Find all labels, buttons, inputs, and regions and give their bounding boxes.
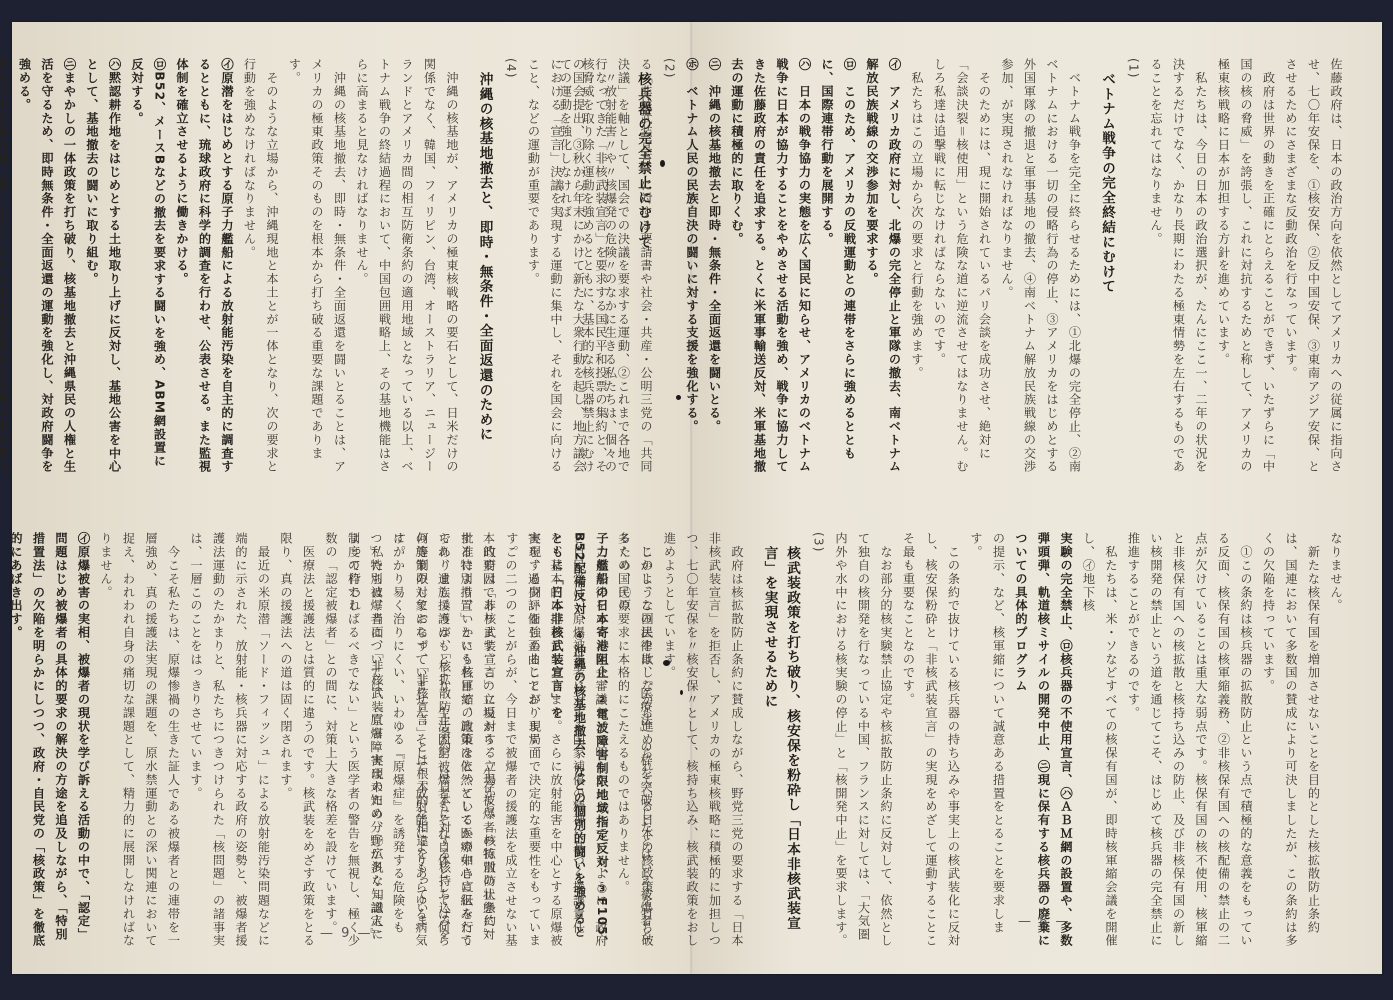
paragraph: 新たな核保有国を増加させないことを目的とした核拡散防止条約は、国連において多数国… bbox=[1257, 532, 1325, 950]
paragraph: ベトナム戦争を完全に終らせるためには、①北爆の完全停止、②南ベトナムにおける一切… bbox=[996, 58, 1086, 478]
action-item: ㋑ アメリカ政府に対し、北爆の完全停止と軍隊の撤去、南ベトナム解放民族戦線の交渉… bbox=[861, 58, 906, 478]
section-heading: 沖縄の核基地撤去と、即時・無条件・全面返還のために bbox=[473, 58, 496, 478]
action-item: ㋑原爆被害の実相、被爆者の現状を学び訴える活動の中で、「認定」問題はじめ被爆者の… bbox=[5, 532, 95, 950]
paragraph: 沖縄の核基地が、アメリカの極東核戦略の要石として、日米だけの関係でなく、韓国、フ… bbox=[351, 58, 464, 478]
action-item: ㋩ 日本の戦争協力の実態を広く国民に知らせ、アメリカのベトナム戦争に日本が協力す… bbox=[726, 58, 816, 478]
action-item: ㋭ ベトナム人民の民族自決の闘いに対する支援を強化する。 bbox=[681, 58, 704, 478]
ink-blot bbox=[676, 395, 681, 400]
paragraph: ①この条約は核兵器の拡散防止という点で積極的な意義をもっている反面、核保有国の核… bbox=[1122, 532, 1257, 950]
paragraph: 今こそ私たちは、原爆惨禍の生きた証人である被爆者との連帯を一層強め、真の援護法実… bbox=[95, 532, 185, 950]
paragraph: 私たちは、米・ソなどすべての核保有国が、即時核軍縮会議を開催し、㋑地下核 bbox=[1077, 532, 1122, 950]
ink-blot bbox=[660, 160, 665, 167]
paragraph: の提示、など、核軍縮について誠意ある措置をとることを要求します。 bbox=[965, 532, 1010, 950]
section-number: (2) bbox=[658, 58, 681, 478]
paragraph: 私たちはこの立場から次の要求と行動を強めます。 bbox=[906, 58, 929, 478]
action-item: ㋭対日平和条約第三条によるアメリカの不当支配を全世界の平和勢力に訴え、国際的連帯… bbox=[0, 58, 13, 478]
paragraph: そのような立場から、沖縄現地と本土とが一体となり、次の要求と行動を強めなければな… bbox=[238, 58, 283, 478]
page-9-top-tier: る「非核武装宣言」に対する要請書や社会・共産・公明三党の「共同決議」を軸として、… bbox=[0, 58, 657, 478]
section-heading: 核武装政策を打ち破り、核安保を粉砕し「日本非核武装宣言」を実現させるために bbox=[758, 532, 803, 950]
page-9-bottom-tier: しかし、この法律は、「医療法」の枠を突破したとはいえ被爆者と多くの国民の要求に本… bbox=[0, 532, 657, 950]
paragraph: 最近の米原潜「ソード・フィッシュ」による放射能汚染問題などに端的に示された、放射… bbox=[185, 532, 275, 950]
ink-blot bbox=[663, 660, 670, 666]
action-item: ㋺今回の「特別措置法」に対する衆・参両院社労委員会の「附帯決議」にももられた、原… bbox=[0, 532, 5, 950]
section-heading: ベトナム戦争の完全終結にむけて bbox=[1096, 58, 1119, 478]
action-item: 実験の完全禁止、㋺核兵器の不使用宣言、㋩ＡＢＭ網の設置や、多数弾頭弾、軌道核ミサ… bbox=[1010, 532, 1078, 950]
action-item: ㋺ このため、アメリカの反戦運動との連帯をさらに強めるとともに、国際連帯行動を展… bbox=[816, 58, 861, 478]
ink-blot bbox=[680, 690, 683, 695]
paragraph: 政府は核拡散防止条約に賛成しながら、野党三党の要求する「日本非核武装宣言」を拒否… bbox=[658, 532, 748, 950]
action-item: ㋑原潜をはじめとする原子力艦船による放射能汚染を自主的に調査するとともに、琉球政… bbox=[171, 58, 239, 478]
section-number: (4) bbox=[500, 58, 523, 478]
paragraph: この法律をめぐる国会審議などで明らかにされているように、政府と自民党は、原爆被害… bbox=[522, 532, 612, 950]
paragraph: 佐藤政府は、日本の政治方向を依然としてアメリカへの従属に指向させ、七〇年安保を、… bbox=[1280, 58, 1348, 478]
paragraph: る「非核武装宣言」に対する要請書や社会・共産・公明三党の「共同決議」を軸として、… bbox=[522, 58, 657, 478]
paragraph: この条約で抜けている核兵器の持ち込みや事実上の核武装化に反対し、核安保粉砕と「非… bbox=[897, 532, 965, 950]
action-item: ㋥ 沖縄の核基地撤去と即時・無条件・全面返還を闘いとる。 bbox=[703, 58, 726, 478]
paragraph: 医療法と援護法とは質的に違うのです。核武装をめざす政策をとる限り、真の援護法への… bbox=[275, 532, 320, 950]
action-item: ㋺B52、メースBなどの撤去を要求する闘いを強め、ABM網設置に反対する。 bbox=[126, 58, 171, 478]
paragraph: 私たちは、今日の日本の政治選択が、たんにここ一、二年の状況を決するだけでなく、か… bbox=[1145, 58, 1213, 478]
section-number: (1) bbox=[1122, 58, 1145, 478]
page-number-8: — 8 — bbox=[1018, 914, 1071, 929]
paragraph: そのためには、現に開始されているパリ会談を成功させ、絶対に「会談決裂＝核使用」と… bbox=[928, 58, 996, 478]
paragraph: この二つのことがらが、今日まで被爆者の援護法を成立させない基本的要因であります。… bbox=[320, 532, 523, 950]
paragraph: 政府は世界の動きを正確にとらえることができず、いたずらに「中国の核の脅威」を誇張… bbox=[1212, 58, 1280, 478]
page-number-9: — 9 — bbox=[320, 926, 373, 941]
paragraph: なりません。 bbox=[1325, 532, 1348, 950]
action-item: ㋩黙認耕作地をはじめとする土地取り上げに反対し、基地公害を中心として、基地撤去の… bbox=[81, 58, 126, 478]
section-number: (3) bbox=[807, 532, 830, 950]
paragraph: なお部分的核実験禁止協定や核拡散防止条約に反対して、依然として独自の核開発を行な… bbox=[830, 532, 898, 950]
page-8-top-tier: 佐藤政府は、日本の政治方向を依然としてアメリカへの従属に指向させ、七〇年安保を、… bbox=[554, 58, 1347, 478]
action-item: ㋥まやかしの一体政策を打ち破り、核基地撤去と沖縄県民の人権と生活を守るため、即時… bbox=[13, 58, 81, 478]
paragraph: しかし、この法律は、「医療法」の枠を突破したとはいえ被爆者と多くの国民の要求に本… bbox=[612, 532, 657, 950]
paragraph: 沖縄の核基地撤去、即時・無条件・全面返還を闘いとることは、アメリカの極東政策その… bbox=[283, 58, 351, 478]
